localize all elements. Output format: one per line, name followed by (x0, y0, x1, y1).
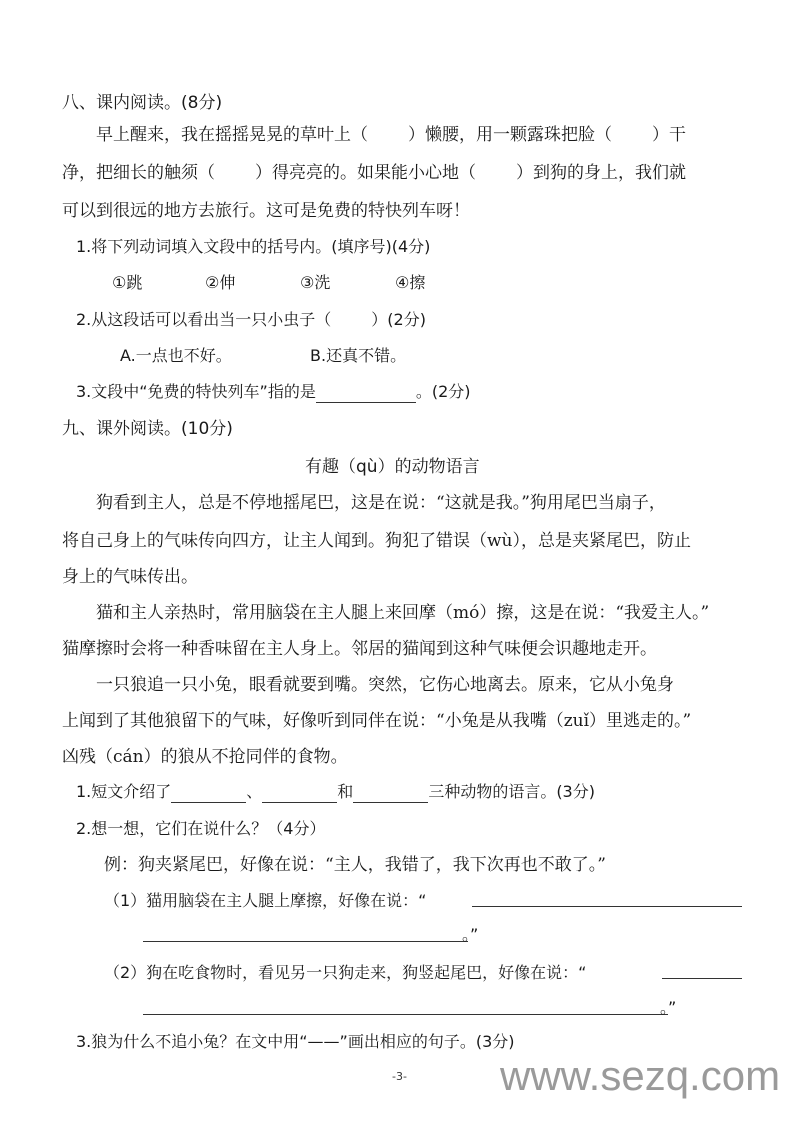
article-paragraph-line: 狗看到主人，总是不停地摇尾巴，这是在说：“这就是我。”狗用尾巴当扇子， (96, 492, 666, 514)
text: ）到狗的身上，我们就 (516, 163, 686, 183)
verb-option-1: ①跳 (112, 272, 142, 294)
section9-heading: 九、课外阅读。(10分) (62, 418, 233, 440)
watermark: www.sezq.com (500, 1052, 780, 1100)
text: 和 (337, 782, 353, 801)
verb-option-3: ③洗 (300, 272, 330, 294)
section9-question-1: 1.短文介绍了、和三种动物的语言。(3分) (76, 781, 595, 803)
article-paragraph-line: 猫摩擦时会将一种香味留在主人身上。邻居的猫闻到这种气味便会识趣地走开。 (62, 638, 657, 660)
sub-question-1: （1）猫用脑袋在主人腿上摩擦，好像在说：“ (104, 890, 426, 912)
choice-a[interactable]: A.一点也不好。 (120, 345, 232, 367)
article-paragraph-line: 凶残（cán）的狼从不抢同伴的食物。 (62, 746, 348, 768)
section8-question-2: 2.从这段话可以看出当一只小虫子（）(2分) (76, 309, 426, 331)
answer-blank[interactable] (262, 784, 337, 803)
answer-line[interactable] (662, 977, 742, 979)
text: 三种动物的语言。(3分) (428, 782, 595, 801)
text: 。(2分) (416, 382, 471, 401)
section8-question-3: 3.文段中“免费的特快列车”指的是。(2分) (76, 381, 471, 403)
quote-end: 。” (462, 924, 478, 946)
article-title: 有趣（qù）的动物语言 (305, 456, 480, 478)
example-answer: 例：狗夹紧尾巴，好像在说：“主人，我错了，我下次再也不敢了。” (104, 854, 606, 876)
answer-line[interactable] (143, 940, 468, 942)
answer-blank[interactable] (171, 784, 246, 803)
section9-question-3: 3.狼为什么不追小兔？在文中用“——”画出相应的句子。(3分) (76, 1031, 515, 1053)
page-number: -3- (392, 1070, 407, 1083)
text: 、 (246, 782, 262, 801)
article-paragraph-line: 猫和主人亲热时，常用脑袋在主人腿上来回摩（mó）擦，这是在说：“我爱主人。” (96, 602, 709, 624)
answer-line[interactable] (472, 905, 742, 907)
quote-end: 。” (660, 997, 676, 1019)
article-paragraph-line: 将自己身上的气味传向四方，让主人闻到。狗犯了错误（wù），总是夹紧尾巴，防止 (62, 530, 691, 552)
section9-question-2: 2.想一想，它们在说什么？（4分） (76, 818, 325, 840)
text: 净，把细长的触须（ (62, 163, 215, 183)
answer-blank[interactable] (316, 384, 416, 403)
article-paragraph-line: 一只狼追一只小兔，眼看就要到嘴。突然，它伤心地离去。原来，它从小兔身 (96, 674, 674, 696)
text: ）懒腰，用一颗露珠把脸（ (408, 125, 612, 145)
text: 1.短文介绍了 (76, 782, 171, 801)
choice-b[interactable]: B.还真不错。 (310, 345, 406, 367)
text: 2.从这段话可以看出当一只小虫子（ (76, 310, 331, 329)
verb-option-2: ②伸 (205, 272, 235, 294)
section8-passage-line-1: 早上醒来，我在摇摇晃晃的草叶上（）懒腰，用一颗露珠把脸（）干 (96, 124, 686, 146)
text: ）干 (652, 125, 686, 145)
sub-question-2: （2）狗在吃食物时，看见另一只狗走来，狗竖起尾巴，好像在说：“ (104, 962, 586, 984)
text: ）(2分) (371, 310, 426, 329)
section8-passage-line-3: 可以到很远的地方去旅行。这可是免费的特快列车呀！ (62, 200, 470, 222)
text: 3.文段中“免费的特快列车”指的是 (76, 382, 316, 401)
text: 早上醒来，我在摇摇晃晃的草叶上（ (96, 125, 368, 145)
article-paragraph-line: 身上的气味传出。 (62, 566, 198, 588)
answer-blank[interactable] (353, 784, 428, 803)
section8-question-1: 1.将下列动词填入文段中的括号内。(填序号)(4分) (76, 236, 430, 258)
answer-line[interactable] (143, 1013, 668, 1015)
section8-heading: 八、课内阅读。(8分) (62, 92, 222, 114)
verb-option-4: ④擦 (395, 272, 425, 294)
text: ）得亮亮的。如果能小心地（ (255, 163, 476, 183)
section8-passage-line-2: 净，把细长的触须（）得亮亮的。如果能小心地（）到狗的身上，我们就 (62, 162, 686, 184)
article-paragraph-line: 上闻到了其他狼留下的气味，好像听到同伴在说：“小兔是从我嘴（zuǐ）里逃走的。” (62, 710, 691, 732)
